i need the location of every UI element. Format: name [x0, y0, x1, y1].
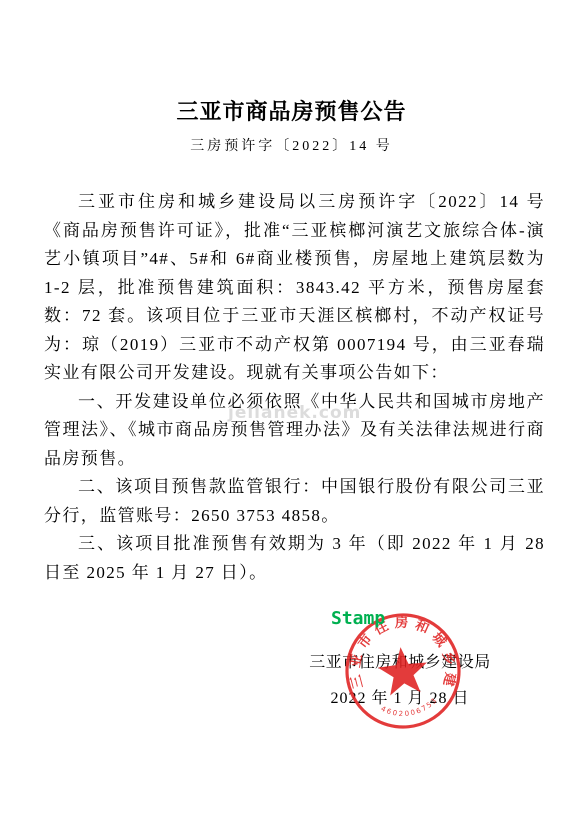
paragraph-item-3: 三、该项目批准预售有效期为 3 年（即 2022 年 1 月 28 日至 202…	[44, 530, 545, 587]
paragraph-item-2: 二、该项目预售款监管银行：中国银行股份有限公司三亚分行，监管账号：2650 37…	[44, 473, 545, 530]
signature-block: 三亚市住房和城乡建设局 2022 年 1 月 28 日	[300, 649, 500, 708]
paragraph-intro: 三亚市住房和城乡建设局以三房预许字〔2022〕14 号《商品房预售许可证》，批准…	[44, 188, 545, 388]
page-title: 三亚市商品房预售公告	[0, 0, 583, 126]
document-number: 三房预许字〔2022〕14 号	[0, 135, 583, 155]
stamp-label: Stamp	[331, 608, 385, 629]
issuing-authority: 三亚市住房和城乡建设局	[300, 649, 500, 672]
paragraph-item-1: 一、开发建设单位必须依照《中华人民共和国城市房地产管理法》、《城市商品房预售管理…	[44, 388, 545, 474]
document-page: 三亚市商品房预售公告 三房预许字〔2022〕14 号 三亚市住房和城乡建设局以三…	[0, 0, 583, 823]
issue-date: 2022 年 1 月 28 日	[300, 685, 500, 708]
document-body: 三亚市住房和城乡建设局以三房预许字〔2022〕14 号《商品房预售许可证》，批准…	[44, 188, 545, 587]
